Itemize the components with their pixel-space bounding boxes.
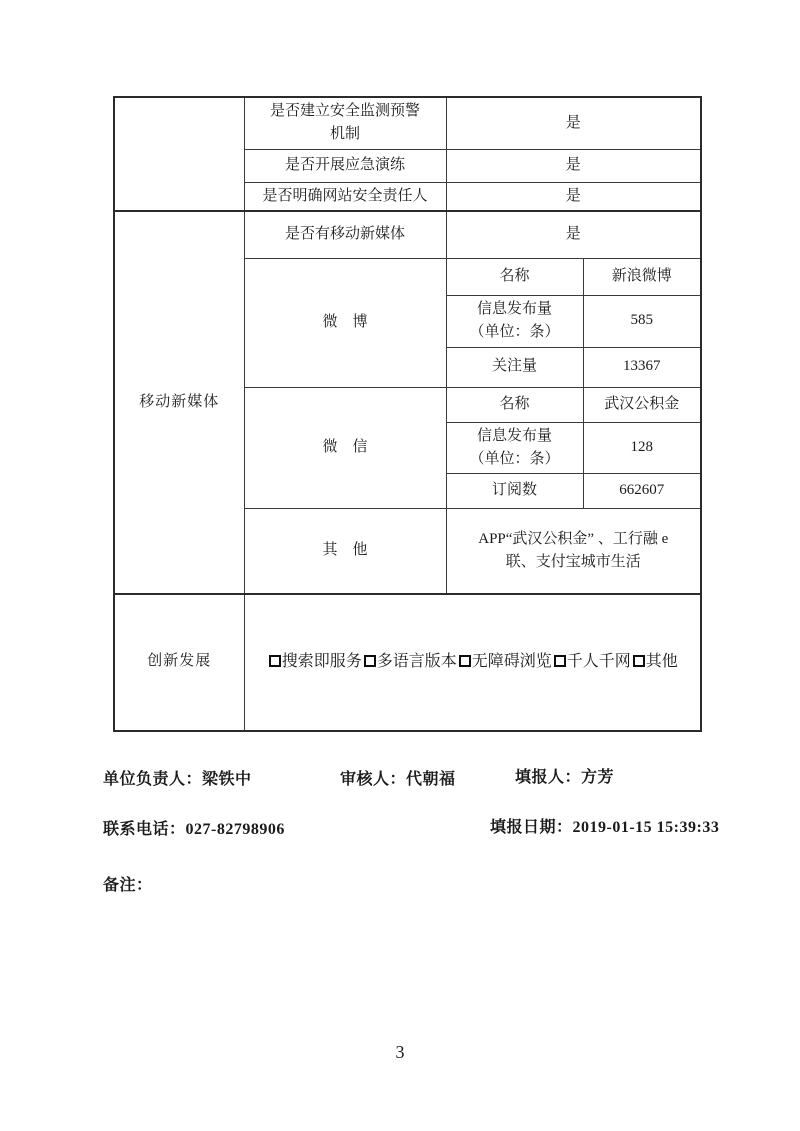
footer-report-date: 填报日期：2019-01-15 15:39:33 — [490, 814, 719, 837]
footer-phone: 联系电话：027-82798906 — [103, 816, 285, 839]
other-media-value: APP“武汉公积金” 、工行融 e 联、支付宝城市生活 — [446, 509, 701, 594]
innovation-options-cell: 搜索即服务多语言版本无障碍浏览千人千网其他 — [244, 594, 701, 731]
has-mobile-media-label: 是否有移动新媒体 — [244, 211, 446, 258]
weibo-posts-value: 585 — [583, 295, 701, 347]
checkbox-unchecked-icon — [269, 655, 281, 667]
innovation-option-other: 其他 — [631, 653, 678, 670]
security-owner-label: 是否明确网站安全责任人 — [244, 182, 446, 211]
weibo-group-label: 微 博 — [244, 258, 446, 387]
report-table: 是否建立安全监测预警 机制 是 是否开展应急演练 是 是否明确网站安全责任人 是… — [113, 96, 702, 732]
security-monitor-label: 是否建立安全监测预警 机制 — [244, 97, 446, 149]
checkbox-unchecked-icon — [459, 655, 471, 667]
security-monitor-value: 是 — [446, 97, 701, 149]
mobile-media-group-label: 移动新媒体 — [114, 211, 244, 594]
innovation-option-multilang: 多语言版本 — [362, 653, 457, 670]
footer-reviewer: 审核人：代朝福 — [340, 766, 456, 789]
weibo-followers-label: 关注量 — [446, 347, 583, 387]
footer-unit-head: 单位负责人：梁铁中 — [103, 766, 252, 789]
weibo-name-value: 新浪微博 — [583, 258, 701, 295]
wechat-posts-label: 信息发布量 （单位：条） — [446, 422, 583, 474]
innovation-option-search: 搜索即服务 — [267, 653, 362, 670]
has-mobile-media-value: 是 — [446, 211, 701, 258]
wechat-group-label: 微 信 — [244, 387, 446, 509]
wechat-subscribers-value: 662607 — [583, 474, 701, 509]
wechat-name-label: 名称 — [446, 387, 583, 422]
report-page: 是否建立安全监测预警 机制 是 是否开展应急演练 是 是否明确网站安全责任人 是… — [0, 0, 800, 1131]
weibo-posts-label: 信息发布量 （单位：条） — [446, 295, 583, 347]
checkbox-unchecked-icon — [633, 655, 645, 667]
innovation-option-personalized: 千人千网 — [552, 653, 631, 670]
wechat-posts-value: 128 — [583, 422, 701, 474]
page-number: 3 — [0, 1042, 800, 1063]
weibo-name-label: 名称 — [446, 258, 583, 295]
wechat-name-value: 武汉公积金 — [583, 387, 701, 422]
innovation-option-label: 多语言版本 — [377, 653, 457, 670]
innovation-option-accessibility: 无障碍浏览 — [457, 653, 552, 670]
footer-filler: 填报人：方芳 — [515, 764, 614, 787]
innovation-group-label: 创新发展 — [114, 594, 244, 731]
innovation-option-label: 搜索即服务 — [282, 653, 362, 670]
weibo-followers-value: 13367 — [583, 347, 701, 387]
innovation-option-label: 无障碍浏览 — [472, 653, 552, 670]
innovation-option-label: 千人千网 — [567, 653, 631, 670]
security-drill-label: 是否开展应急演练 — [244, 149, 446, 182]
security-owner-value: 是 — [446, 182, 701, 211]
checkbox-unchecked-icon — [364, 655, 376, 667]
group-cell-empty — [114, 97, 244, 211]
innovation-option-label: 其他 — [646, 653, 678, 670]
other-media-label: 其 他 — [244, 509, 446, 594]
wechat-subscribers-label: 订阅数 — [446, 474, 583, 509]
footer-remarks-label: 备注： — [103, 872, 153, 895]
checkbox-unchecked-icon — [554, 655, 566, 667]
security-drill-value: 是 — [446, 149, 701, 182]
